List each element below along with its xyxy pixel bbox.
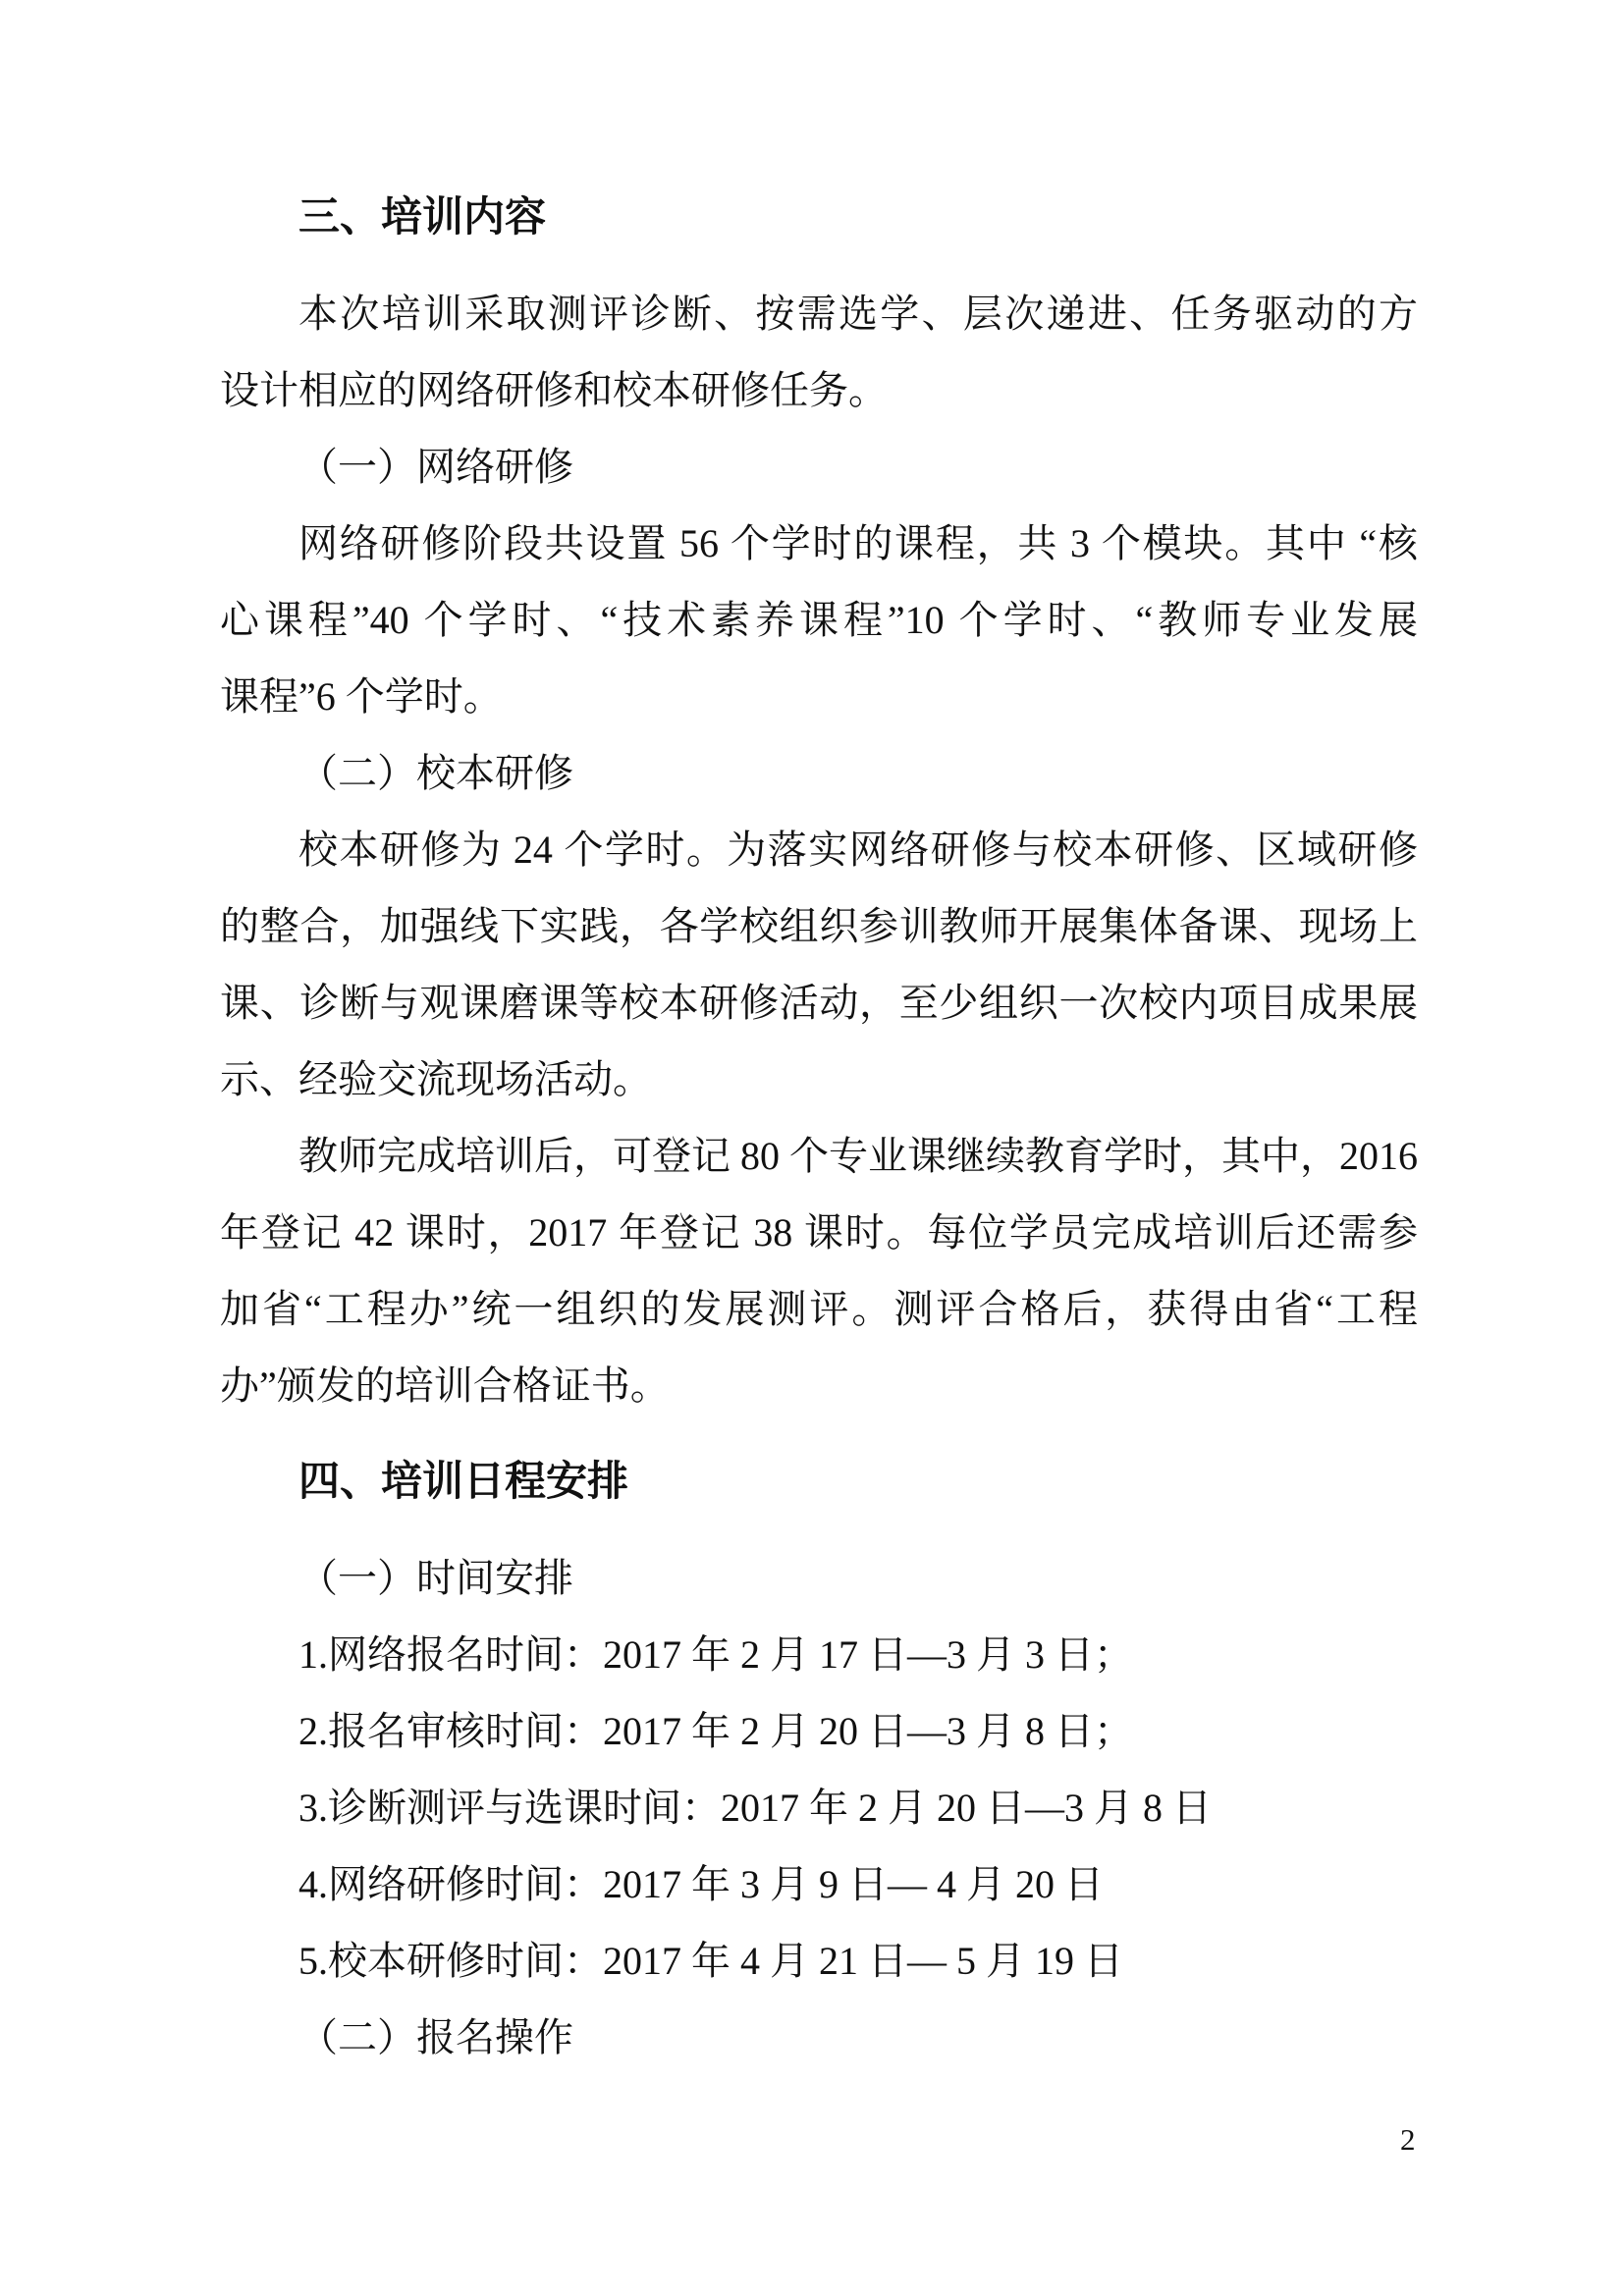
subsection-heading-signup-operation: （二）报名操作 bbox=[220, 2000, 1418, 2076]
document-body: 三、培训内容 本次培训采取测评诊断、按需选学、层次递进、任务驱动的方式， 设计相… bbox=[220, 180, 1418, 2076]
document-page: 三、培训内容 本次培训采取测评诊断、按需选学、层次递进、任务驱动的方式， 设计相… bbox=[0, 0, 1624, 2296]
paragraph-line: 校本研修为 24 个学时。为落实网络研修与校本研修、区域研修 bbox=[220, 812, 1418, 888]
paragraph-line: 网络研修阶段共设置 56 个学时的课程，共 3 个模块。其中 “核 bbox=[220, 506, 1418, 582]
paragraph-line: 加省“工程办”统一组织的发展测评。测评合格后，获得由省“工程 bbox=[220, 1271, 1418, 1348]
subsection-heading-network-training: （一）网络研修 bbox=[220, 429, 1418, 506]
section-3-heading: 三、培训内容 bbox=[220, 180, 1418, 256]
list-item-signup-time: 1.网络报名时间：2017 年 2 月 17 日—3 月 3 日； bbox=[220, 1617, 1418, 1693]
paragraph-line: 课、诊断与观课磨课等校本研修活动，至少组织一次校内项目成果展 bbox=[220, 965, 1418, 1041]
paragraph-line: 的整合，加强线下实践，各学校组织参训教师开展集体备课、现场上 bbox=[220, 888, 1418, 965]
paragraph-line: 办”颁发的培训合格证书。 bbox=[220, 1348, 1418, 1424]
list-item-assessment-time: 3.诊断测评与选课时间：2017 年 2 月 20 日—3 月 8 日 bbox=[220, 1770, 1418, 1846]
list-item-review-time: 2.报名审核时间：2017 年 2 月 20 日—3 月 8 日； bbox=[220, 1693, 1418, 1770]
list-item-network-study-time: 4.网络研修时间：2017 年 3 月 9 日— 4 月 20 日 bbox=[220, 1846, 1418, 1923]
list-item-school-study-time: 5.校本研修时间：2017 年 4 月 21 日— 5 月 19 日 bbox=[220, 1923, 1418, 2000]
subsection-heading-time-schedule: （一）时间安排 bbox=[220, 1540, 1418, 1617]
paragraph-line: 本次培训采取测评诊断、按需选学、层次递进、任务驱动的方式， bbox=[220, 276, 1418, 352]
paragraph-line: 教师完成培训后，可登记 80 个专业课继续教育学时，其中，2016 bbox=[220, 1118, 1418, 1195]
paragraph-line: 心课程”40 个学时、“技术素养课程”10 个学时、“教师专业发展 bbox=[220, 582, 1418, 659]
page-number: 2 bbox=[1400, 2120, 1416, 2160]
paragraph-line: 年登记 42 课时，2017 年登记 38 课时。每位学员完成培训后还需参 bbox=[220, 1195, 1418, 1271]
paragraph-line: 设计相应的网络研修和校本研修任务。 bbox=[220, 352, 1418, 429]
section-4-heading: 四、培训日程安排 bbox=[220, 1444, 1418, 1521]
paragraph-line: 课程”6 个学时。 bbox=[220, 659, 1418, 735]
paragraph-line: 示、经验交流现场活动。 bbox=[220, 1041, 1418, 1118]
subsection-heading-school-training: （二）校本研修 bbox=[220, 735, 1418, 812]
